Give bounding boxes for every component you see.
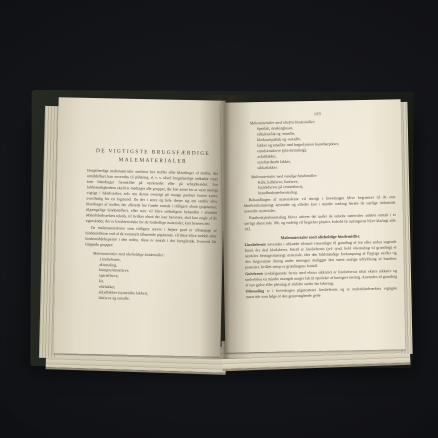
right-paragraph-1: Behandlingen af materialerne vil iøvrigt… [244,195,396,215]
left-paragraph-1: Brugsfærdige malematerialer omfatter her… [86,168,218,227]
right-paragraph-5-rest: er i hovedsagen pigmenteret linolieferni… [246,286,398,299]
right-paragraph-4: Gulvfernis (vokslignende fernis med ekst… [245,268,397,288]
lead-oliemaling: Oliemaling [246,289,265,294]
right-page-text: 185 Malematerialer med oliefrie bindemid… [242,110,398,301]
lead-gulvfernis: Gulvfernis [245,271,263,276]
right-paragraph-3: Linoliefernis anvendes i ublandet tilsta… [245,239,397,270]
lead-linoliefernis: Linoliefernis [245,242,266,247]
right-paragraph-5: Oliemaling er i hovedsagen pigmenteret l… [246,286,398,300]
right-paragraph-4-rest: (vokslignende fernis med ekstra sikkativ… [245,268,397,287]
left-page: DE VIGTIGSTE BRUGSFÆRDIGE MALEMATERIALER… [53,97,225,356]
left-group-list: Linoliefernis, oliemaling, kompositionsf… [98,257,216,304]
right-group1-list: Spritlak, maskinglasur, celluloselak og … [257,124,395,171]
book-photo: DE VIGTIGSTE BRUGSFÆRDIGE MALEMATERIALER… [0,0,438,438]
left-page-text: DE VIGTIGSTE BRUGSFÆRDIGE MALEMATERIALER… [84,147,219,305]
right-paragraph-3-rest: anvendes i ublandet tilstand væsentligst… [245,239,397,269]
right-page: 185 Malematerialer med oliefrie bindemid… [221,99,406,352]
right-group2-list: Kalk, kalkfarve, limfarve, façadefarver … [258,177,396,197]
left-paragraph-2: Da malematerialerne som tidligere nævnt … [85,225,217,250]
right-paragraph-2: Rustbeskyttelsesmaling bliver udover det… [244,213,396,233]
chapter-heading: DE VIGTIGSTE BRUGSFÆRDIGE MALEMATERIALER [87,147,218,167]
page-number: 185 [242,110,394,118]
